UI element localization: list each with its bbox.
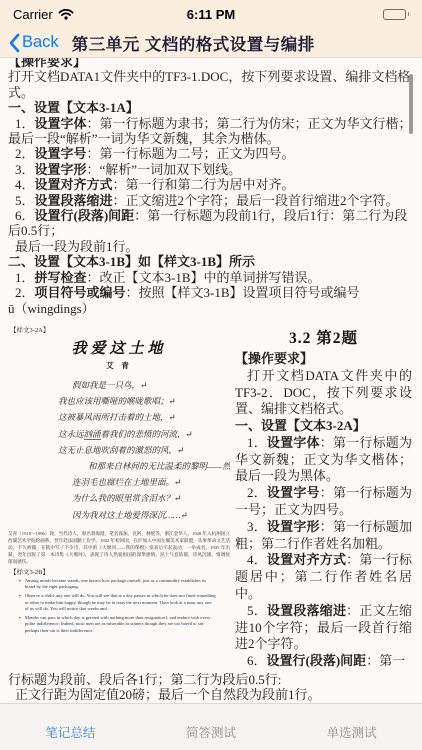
- text-line: 5．设置段落缩进：正文左缩进10个字符；最后一段首行缩进2个字符。: [235, 603, 412, 653]
- wifi-icon: [58, 8, 74, 20]
- text-line: 打开文档DATA1文件夹中的TF3-1.DOC，按下列要求设置、编排文档格式。: [8, 69, 412, 100]
- text-line: 为什么我的眼里常含泪水？↵: [8, 490, 230, 506]
- poem-author: 艾 青: [8, 360, 230, 371]
- english-bullet-item: ➢Observe a child, any one will do. You w…: [8, 593, 230, 613]
- text-line: 这被暴风雨所打击着的土地，↵: [8, 409, 230, 425]
- sample-document-image: 【样文3-2A】 我爱这土地 艾 青 假如我是一只鸟，↵我也应该用嘶哑的喉咙歌唱…: [8, 323, 230, 670]
- sample-label-3-2b: 【样文3-2B】: [10, 567, 230, 576]
- exercise-2-title: 3.2 第2题: [235, 326, 412, 348]
- exercise-2-requirements: 3.2 第2题 【操作要求】打开文档DATA文件夹中的TF3-2．DOC，按下列…: [230, 323, 412, 670]
- bullet-arrow-icon: ➢: [18, 593, 22, 613]
- battery-nub: [408, 12, 410, 16]
- text-line: 打开文档DATA文件夹中的TF3-2．DOC，按下列要求设置、编排文档格式。: [235, 368, 412, 418]
- text-line: 2．设置字号：第一行标题为二号；正文为四号。: [8, 146, 412, 161]
- text-line: 【操作要求】: [8, 57, 412, 69]
- exercise-1-requirements: 【操作要求】打开文档DATA1文件夹中的TF3-1.DOC，按下列要求设置、编排…: [8, 57, 412, 316]
- text-line: 行标题为段前、段后各1行；第二行为段后0.5行:: [8, 672, 412, 687]
- text-line: 2．设置字号：第一行标题为一号；正文为四号。: [235, 485, 412, 519]
- sample-label-3-2a: 【样文3-2A】: [10, 325, 230, 334]
- text-line: 3．设置字形：“解析”一词加双下划线。: [8, 162, 412, 177]
- text-line: 最后一段为段前1行。: [8, 239, 412, 254]
- tab-multiple-choice-test[interactable]: 单选测试: [281, 723, 422, 750]
- text-line: 连羽毛也腐烂在土地里面。↵: [8, 474, 230, 490]
- scrollbar[interactable]: [409, 74, 413, 134]
- text-line: 因为我对这土地爱得深沉……↵: [8, 507, 230, 523]
- status-bar: Carrier 6:11 PM: [0, 0, 422, 28]
- text-line: 我也应该用嘶哑的喉咙歌唱；↵: [8, 393, 230, 409]
- carrier-label: Carrier: [13, 7, 53, 22]
- text-line: ū（wingdings）: [8, 301, 412, 316]
- text-line: 6．设置行(段落)间距：第一行标题为段前1行，段后1行：第二行为段后0.5行；: [8, 208, 412, 239]
- document-scroll-area[interactable]: 【操作要求】打开文档DATA1文件夹中的TF3-1.DOC，按下列要求设置、编排…: [0, 57, 422, 703]
- author-bio: 艾青（1910～1996）现、当代诗人，原名蒋海澄，笔名莪加、克阿、林壁等，浙江…: [8, 530, 230, 565]
- tab-short-answer-test[interactable]: 简答测试: [141, 723, 282, 750]
- english-bullet-item: ➢Among minds became stands, one knows ho…: [8, 578, 230, 591]
- tab-notes-summary[interactable]: 笔记总结: [0, 723, 141, 750]
- two-column-zone: 【样文3-2A】 我爱这土地 艾 青 假如我是一只鸟，↵我也应该用嘶哑的喉咙歌唱…: [8, 323, 412, 670]
- text-line: 【操作要求】: [235, 351, 412, 368]
- battery-icon: [383, 9, 406, 20]
- app-screen: Carrier 6:11 PM Back: [0, 0, 422, 750]
- nav-bar: Back 第三单元 文档的格式设置与编排: [0, 28, 422, 57]
- text-line: 一、设置【文本3-1A】: [8, 100, 412, 115]
- text-line: 这永远汹涌着我们的悲愤的河流，↵: [8, 426, 230, 442]
- text-line: 二、设置【文本3-1B】如【样文3-1B】所示: [8, 254, 412, 269]
- english-bullet-list: ➢Among minds became stands, one knows ho…: [8, 578, 230, 635]
- english-bullet-item: ➢Months can pass in which day is greeted…: [8, 615, 230, 635]
- text-line: 一、设置【文本3-2A】: [235, 418, 412, 435]
- chevron-left-icon: [8, 33, 20, 53]
- text-line: 4．设置对齐方式：第一行和第二行为居中对齐。: [8, 177, 412, 192]
- poem-title: 我爱这土地: [8, 337, 230, 358]
- tab-bar: 笔记总结 简答测试 单选测试: [0, 703, 422, 750]
- back-label: Back: [22, 33, 59, 52]
- text-line: 4．设置对齐方式：第一行标题居中；第二行作者姓名居中。: [235, 552, 412, 602]
- text-line: 3．设置字形：第一行标题加粗；第二行作者姓名加粗。: [235, 519, 412, 553]
- text-line: 和那来自林间的无比温柔的黎明——然后我死了，: [8, 458, 230, 474]
- exercise-2-continued: 行标题为段前、段后各1行；第二行为段后0.5行:正文行距为固定值20磅；最后一个…: [8, 672, 412, 703]
- bullet-arrow-icon: ➢: [18, 578, 22, 591]
- text-line: 2．项目符号或编号：按照【样文3-1B】设置项目符号或编号: [8, 285, 412, 300]
- text-line: 6．设置行(段落)间距：第一: [235, 653, 412, 670]
- text-line: 5．设置段落缩进：正文缩进2个字符；最后一段首行缩进2个字符。: [8, 193, 412, 208]
- poem-body: 假如我是一只鸟，↵我也应该用嘶哑的喉咙歌唱；↵这被暴风雨所打击着的土地，↵这永远…: [8, 377, 230, 523]
- bullet-arrow-icon: ➢: [18, 615, 22, 635]
- page-title: 第三单元 文档的格式设置与编排: [72, 31, 315, 55]
- text-line: 1．拼写检查：改正【文本3-1B】中的单词拼写错误。: [8, 270, 412, 285]
- back-button[interactable]: Back: [8, 33, 59, 53]
- text-line: 这无止息地吹刮着的激怒的风，↵: [8, 442, 230, 458]
- text-line: 正文行距为固定值20磅；最后一个自然段为段前1行。: [8, 687, 412, 702]
- text-line: 1．设置字体：第一行标题为华文新魏；正文为华文楷体；最后一段为黑体。: [235, 435, 412, 485]
- text-line: 假如我是一只鸟，↵: [8, 377, 230, 393]
- text-line: 1．设置字体：第一行标题为隶书；第二行为仿宋；正文为华文行楷；最后一段“解析”一…: [8, 116, 412, 147]
- exercise-2-lines: 【操作要求】打开文档DATA文件夹中的TF3-2．DOC，按下列要求设置、编排文…: [235, 351, 412, 670]
